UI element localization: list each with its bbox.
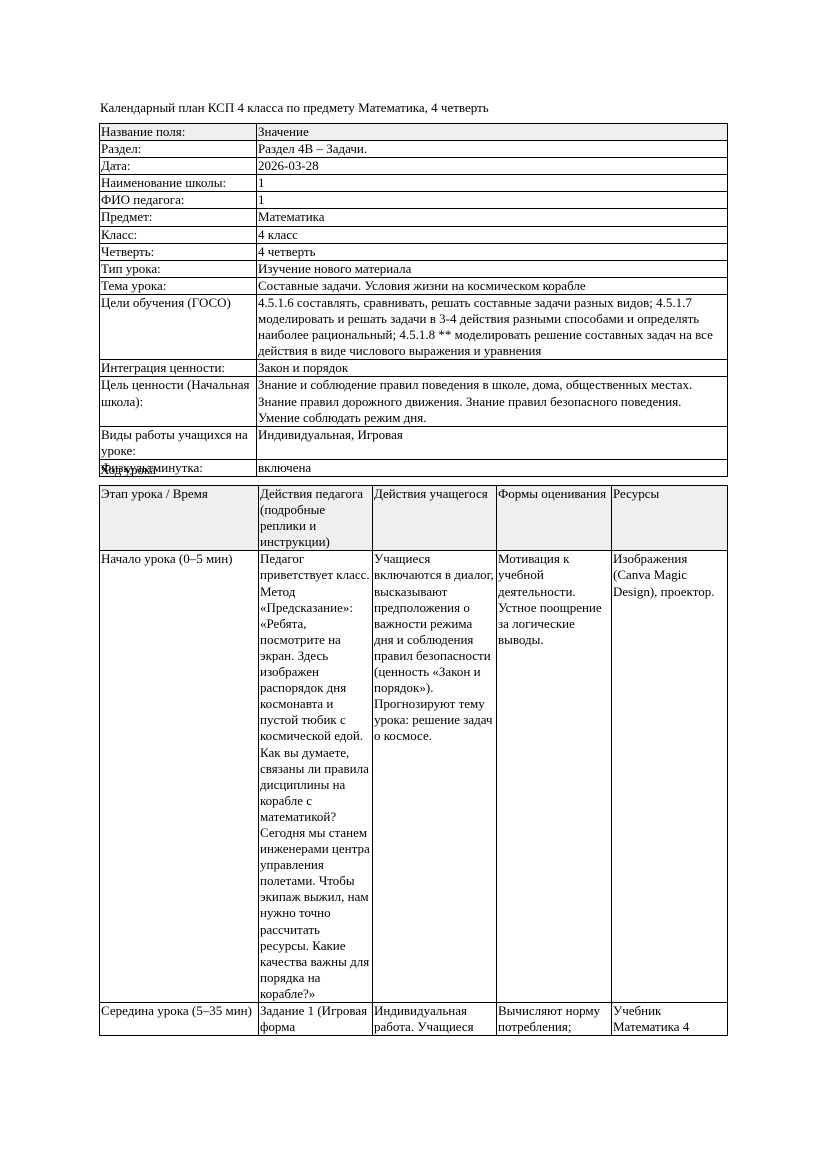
field-label: Виды работы учащихся на уроке:: [100, 426, 257, 459]
field-value: 2026-03-28: [257, 158, 728, 175]
field-header: Название поля:: [100, 124, 257, 141]
field-value: включена: [257, 459, 728, 476]
column-header-assessment: Формы оценивания: [497, 486, 612, 551]
field-label: Дата:: [100, 158, 257, 175]
info-row-school: Наименование школы: 1: [100, 175, 728, 192]
resources-cell: Изображения (Canva Magic Design), проект…: [612, 551, 728, 1003]
lesson-flow-table: Этап урока / Время Действия педагога (по…: [99, 485, 728, 1036]
field-label: Цели обучения (ГОСО): [100, 294, 257, 359]
stage-cell: Начало урока (0–5 мин): [100, 551, 259, 1003]
info-row-lesson-topic: Тема урока: Составные задачи. Условия жи…: [100, 277, 728, 294]
value-header: Значение: [257, 124, 728, 141]
field-value: Знание и соблюдение правил поведения в ш…: [257, 377, 728, 426]
info-row-subject: Предмет: Математика: [100, 209, 728, 226]
field-label: Раздел:: [100, 141, 257, 158]
info-row-quarter: Четверть: 4 четверть: [100, 243, 728, 260]
info-row-value-goal: Цель ценности (Начальная школа): Знание …: [100, 377, 728, 426]
column-header-student-actions: Действия учащегося: [373, 486, 497, 551]
field-value: 1: [257, 192, 728, 209]
student-actions-cell: Учащиеся включаются в диалог, высказываю…: [373, 551, 497, 1003]
teacher-actions-cell: Задание 1 (Игровая форма: [259, 1003, 373, 1036]
stage-cell: Середина урока (5–35 мин): [100, 1003, 259, 1036]
student-actions-cell: Индивидуальная работа. Учащиеся: [373, 1003, 497, 1036]
field-label: Интеграция ценности:: [100, 360, 257, 377]
field-value: Раздел 4В – Задачи.: [257, 141, 728, 158]
field-label: Цель ценности (Начальная школа):: [100, 377, 257, 426]
lesson-info-table: Название поля: Значение Раздел: Раздел 4…: [99, 123, 728, 477]
document-title: Календарный план КСП 4 класса по предмет…: [100, 100, 489, 116]
info-row-physical-break: Физкультминутка: включена: [100, 459, 728, 476]
field-value: Математика: [257, 209, 728, 226]
info-row-work-types: Виды работы учащихся на уроке: Индивидуа…: [100, 426, 728, 459]
assessment-cell: Мотивация к учебной деятельности. Устное…: [497, 551, 612, 1003]
field-label: Наименование школы:: [100, 175, 257, 192]
resources-cell: Учебник Математика 4: [612, 1003, 728, 1036]
field-label: Класс:: [100, 226, 257, 243]
field-value: 4 класс: [257, 226, 728, 243]
info-row-date: Дата: 2026-03-28: [100, 158, 728, 175]
info-row-value-integration: Интеграция ценности: Закон и порядок: [100, 360, 728, 377]
field-value: Индивидуальная, Игровая: [257, 426, 728, 459]
field-label: Тип урока:: [100, 260, 257, 277]
field-value: 4 четверть: [257, 243, 728, 260]
info-row-grade: Класс: 4 класс: [100, 226, 728, 243]
info-row-lesson-type: Тип урока: Изучение нового материала: [100, 260, 728, 277]
info-row-teacher: ФИО педагога: 1: [100, 192, 728, 209]
field-label: Четверть:: [100, 243, 257, 260]
field-label: ФИО педагога:: [100, 192, 257, 209]
field-value: Изучение нового материала: [257, 260, 728, 277]
lesson-row-beginning: Начало урока (0–5 мин) Педагог приветств…: [100, 551, 728, 1003]
info-row-learning-goals: Цели обучения (ГОСО) 4.5.1.6 составлять,…: [100, 294, 728, 359]
column-header-resources: Ресурсы: [612, 486, 728, 551]
info-row-section: Раздел: Раздел 4В – Задачи.: [100, 141, 728, 158]
info-table-header-row: Название поля: Значение: [100, 124, 728, 141]
column-header-stage: Этап урока / Время: [100, 486, 259, 551]
lesson-table-header-row: Этап урока / Время Действия педагога (по…: [100, 486, 728, 551]
lesson-row-middle: Середина урока (5–35 мин) Задание 1 (Игр…: [100, 1003, 728, 1036]
field-value: 4.5.1.6 составлять, сравнивать, решать с…: [257, 294, 728, 359]
lesson-flow-heading: Ход урока: [100, 462, 156, 478]
column-header-teacher-actions: Действия педагога (подробные реплики и и…: [259, 486, 373, 551]
field-value: Закон и порядок: [257, 360, 728, 377]
field-label: Предмет:: [100, 209, 257, 226]
field-value: 1: [257, 175, 728, 192]
field-value: Составные задачи. Условия жизни на косми…: [257, 277, 728, 294]
teacher-actions-cell: Педагог приветствует класс. Метод «Предс…: [259, 551, 373, 1003]
field-label: Тема урока:: [100, 277, 257, 294]
assessment-cell: Вычисляют норму потребления;: [497, 1003, 612, 1036]
